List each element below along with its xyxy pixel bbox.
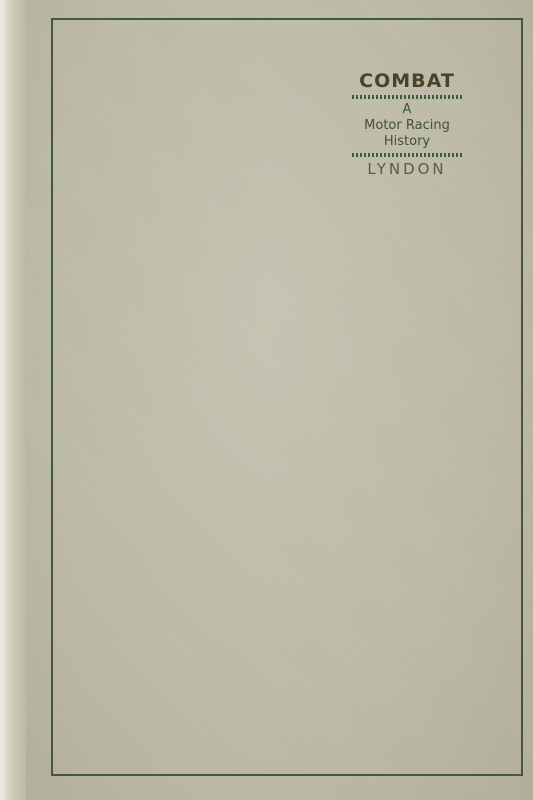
title-block: COMBAT A Motor Racing History LYNDON (347, 70, 467, 178)
subtitle-line-2: Motor Racing (347, 118, 467, 134)
author-name: LYNDON (347, 160, 467, 178)
subtitle-line-1: A (347, 102, 467, 118)
wavy-rule-bottom (352, 153, 462, 157)
book-title: COMBAT (347, 70, 467, 92)
wavy-rule-top (352, 95, 462, 99)
book-cover: COMBAT A Motor Racing History LYNDON (4, 0, 533, 800)
spine-edge (4, 0, 26, 800)
subtitle-line-3: History (347, 134, 467, 150)
